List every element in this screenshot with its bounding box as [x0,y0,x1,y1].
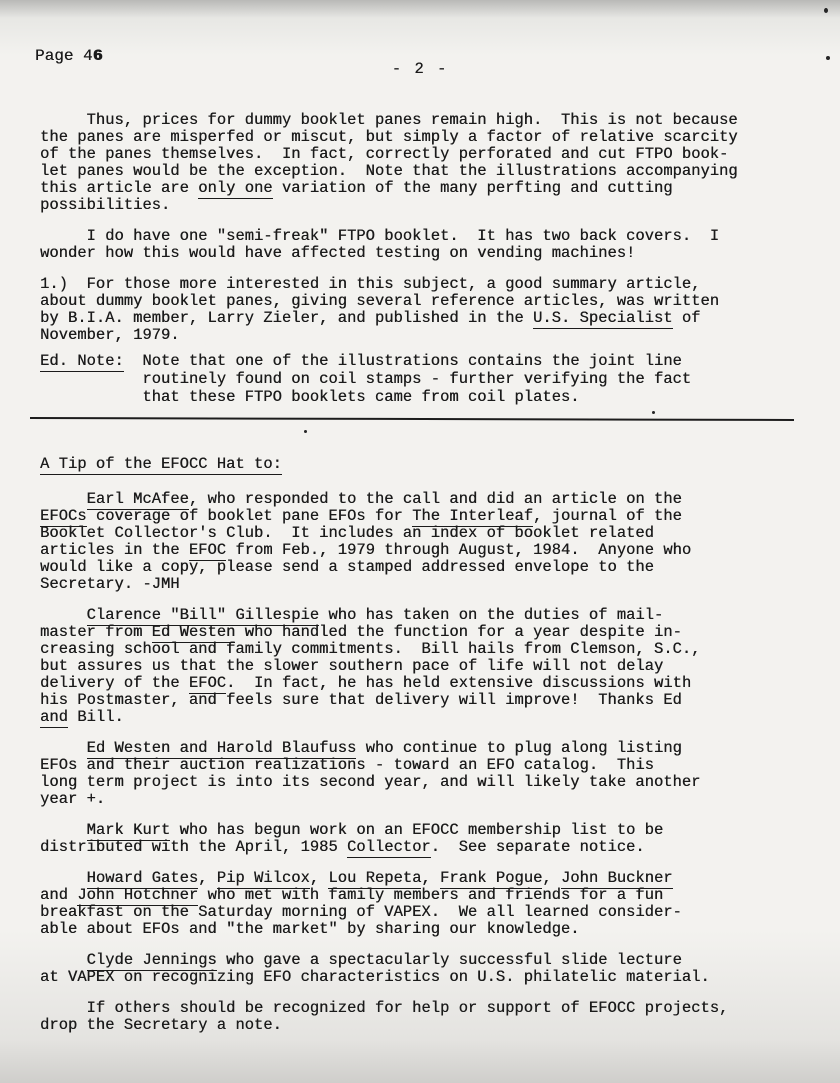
text-line: of the panes themselves. In fact, correc… [40,146,800,163]
text-segment: , [310,869,329,887]
text-segment: routinely found on coil stamps - further… [40,370,691,388]
section-divider [30,417,794,421]
text-segment: who gave a spectacularly successful slid… [217,951,682,969]
text-segment: Note that one of the illustrations conta… [124,352,682,370]
text-segment: Thus, prices for dummy booklet panes rem… [40,111,738,129]
vapex-breakfast-paragraph: Howard Gates, Pip Wilcox, Lou Repeta, Fr… [40,870,800,938]
text-line: creasing school and family commitments. … [40,641,800,658]
text-line: by B.I.A. member, Larry Zieler, and publ… [40,310,800,327]
text-line: Ed. Note: Note that one of the illustrat… [40,352,800,370]
text-segment: breakfast on the Saturday morning of VAP… [40,903,682,921]
text-line: this article are only one variation of t… [40,180,800,197]
text-segment: wonder how this would have affected test… [40,244,635,262]
text-line: long term project is into its second yea… [40,774,800,791]
text-segment: variation of the many perfting and cutti… [273,179,673,197]
document-body: Thus, prices for dummy booklet panes rem… [40,112,800,1048]
text-segment: who met with family members and friends … [198,886,663,904]
text-line: Secretary. -JMH [40,576,800,593]
text-line: year +. [40,791,800,808]
text-segment: 1.) For those more interested in this su… [40,275,700,293]
text-segment: , [421,869,440,887]
text-line: at VAPEX on recognizing EFO characterist… [40,969,800,986]
underlined-text: only one [198,179,272,199]
text-line: I do have one "semi-freak" FTPO booklet.… [40,228,800,245]
text-segment: would like a copy, please send a stamped… [40,558,654,576]
clyde-jennings-paragraph: Clyde Jennings who gave a spectacularly … [40,952,800,986]
text-segment: who handled the function for a year desp… [235,623,681,641]
text-segment: I do have one "semi-freak" FTPO booklet.… [40,227,719,245]
text-segment: long term project is into its second yea… [40,773,700,791]
text-line: possibilities. [40,197,800,214]
text-line: If others should be recognized for help … [40,1000,800,1017]
page-number: - 2 - [0,61,840,78]
text-line: EFOCs coverage of booklet pane EFOs for … [40,508,800,525]
text-line: Thus, prices for dummy booklet panes rem… [40,112,800,129]
text-segment: his Postmaster, and feels sure that deli… [40,691,682,709]
text-line: let panes would be the exception. Note t… [40,163,800,180]
text-segment: this article are [40,179,198,197]
text-segment [40,821,87,839]
text-segment: about dummy booklet panes, giving severa… [40,292,719,310]
text-segment: year +. [40,790,105,808]
text-line: able about EFOs and "the market" by shar… [40,921,800,938]
text-segment [40,869,87,887]
text-segment: who has begun work on an EFOCC membershi… [170,821,663,839]
text-segment: master from [40,623,152,641]
page-header: Page 46 - 2 - [0,0,840,100]
text-segment [40,739,87,757]
text-line: his Postmaster, and feels sure that deli… [40,692,800,709]
ed-note: Ed. Note: Note that one of the illustrat… [40,352,800,406]
text-line: Howard Gates, Pip Wilcox, Lou Repeta, Fr… [40,870,800,887]
text-line: Earl McAfee, who responded to the call a… [40,491,800,508]
text-segment: November, 1979. [40,326,180,344]
underlined-text: and [40,708,68,728]
text-segment: . In fact, he has held extensive discuss… [226,674,691,692]
scan-speck [652,411,655,414]
text-segment: Booklet Collector's Club. It includes an… [40,524,654,542]
underlined-text: Ed. Note: [40,352,124,372]
text-line: Clarence "Bill" Gillespie who has taken … [40,607,800,624]
mark-kurt-paragraph: Mark Kurt who has begun work on an EFOCC… [40,822,800,856]
text-line: and John Hotchner who met with family me… [40,887,800,904]
text-segment: able about EFOs and "the market" by shar… [40,920,580,938]
text-line: routinely found on coil stamps - further… [40,370,800,388]
semi-freak-paragraph: I do have one "semi-freak" FTPO booklet.… [40,228,800,262]
text-segment: delivery of the [40,674,189,692]
text-segment: If others should be recognized for help … [40,999,728,1017]
text-line: master from Ed Westen who handled the fu… [40,624,800,641]
earl-mcafee-paragraph: Earl McAfee, who responded to the call a… [40,491,800,593]
text-segment: and [40,886,77,904]
text-segment: but assures us that the slower southern … [40,657,663,675]
text-line: articles in the EFOC from Feb., 1979 thr… [40,542,800,559]
text-segment: , journal of the [533,507,682,525]
text-line: Ed Westen and Harold Blaufuss who contin… [40,740,800,757]
text-segment: , [542,869,561,887]
text-segment: articles in the [40,541,189,559]
intro-paragraph: Thus, prices for dummy booklet panes rem… [40,112,800,214]
text-line: would like a copy, please send a stamped… [40,559,800,576]
text-segment: by B.I.A. member, Larry Zieler, and publ… [40,309,533,327]
text-line: November, 1979. [40,327,800,344]
text-segment: of [673,309,701,327]
scanned-document-page: Page 46 - 2 - Thus, prices for dummy boo… [0,0,840,1083]
text-segment: of the panes themselves. In fact, correc… [40,145,728,163]
tip-heading: A Tip of the EFOCC Hat to: [40,456,800,473]
text-segment: Secretary. -JMH [40,575,180,593]
gillespie-paragraph: Clarence "Bill" Gillespie who has taken … [40,607,800,726]
text-line: and Bill. [40,709,800,726]
text-segment: from Feb., 1979 through August, 1984. An… [226,541,691,559]
text-line: about dummy booklet panes, giving severa… [40,293,800,310]
text-segment: coverage of booklet pane EFOs for [87,507,413,525]
text-segment: let panes would be the exception. Note t… [40,162,738,180]
text-line: that these FTPO booklets came from coil … [40,388,800,406]
text-segment: drop the Secretary a note. [40,1016,282,1034]
text-line: Clyde Jennings who gave a spectacularly … [40,952,800,969]
westen-blaufuss-paragraph: Ed Westen and Harold Blaufuss who contin… [40,740,800,808]
text-line: distributed with the April, 1985 Collect… [40,839,800,856]
text-segment: that these FTPO booklets came from coil … [40,388,580,406]
text-segment: distributed with the April, 1985 [40,838,347,856]
underlined-text: A Tip of the EFOCC Hat to: [40,455,282,475]
text-line: wonder how this would have affected test… [40,245,800,262]
text-segment: possibilities. [40,196,170,214]
text-segment: who continue to plug along listing [356,739,682,757]
text-segment: the panes are misperfed or miscut, but s… [40,128,738,146]
text-segment [40,490,87,508]
text-line: EFOs and their auction realizations - to… [40,757,800,774]
scan-speck [826,56,830,60]
text-line: but assures us that the slower southern … [40,658,800,675]
text-line: 1.) For those more interested in this su… [40,276,800,293]
text-line: delivery of the EFOC. In fact, he has he… [40,675,800,692]
text-line: drop the Secretary a note. [40,1017,800,1034]
text-segment: , who responded to the call and did an a… [189,490,682,508]
text-segment: who has taken on the duties of mail- [319,606,663,624]
closing-paragraph: If others should be recognized for help … [40,1000,800,1034]
underlined-text: Collector [347,838,431,858]
text-segment: Bill. [68,708,124,726]
footnote-paragraph: 1.) For those more interested in this su… [40,276,800,344]
text-segment [40,951,87,969]
text-segment: , [198,869,217,887]
text-line: Booklet Collector's Club. It includes an… [40,525,800,542]
text-line: breakfast on the Saturday morning of VAP… [40,904,800,921]
text-line: Mark Kurt who has begun work on an EFOCC… [40,822,800,839]
text-segment [40,606,87,624]
scan-speck [304,430,307,433]
text-line: A Tip of the EFOCC Hat to: [40,456,800,473]
text-segment: . See separate notice. [431,838,645,856]
text-segment: at VAPEX on recognizing EFO characterist… [40,968,710,986]
scan-speck [824,8,828,13]
text-segment: creasing school and family commitments. … [40,640,700,658]
underlined-text: U.S. Specialist [533,309,673,329]
text-segment: EFOs and their auction realizations - to… [40,756,654,774]
text-line: the panes are misperfed or miscut, but s… [40,129,800,146]
